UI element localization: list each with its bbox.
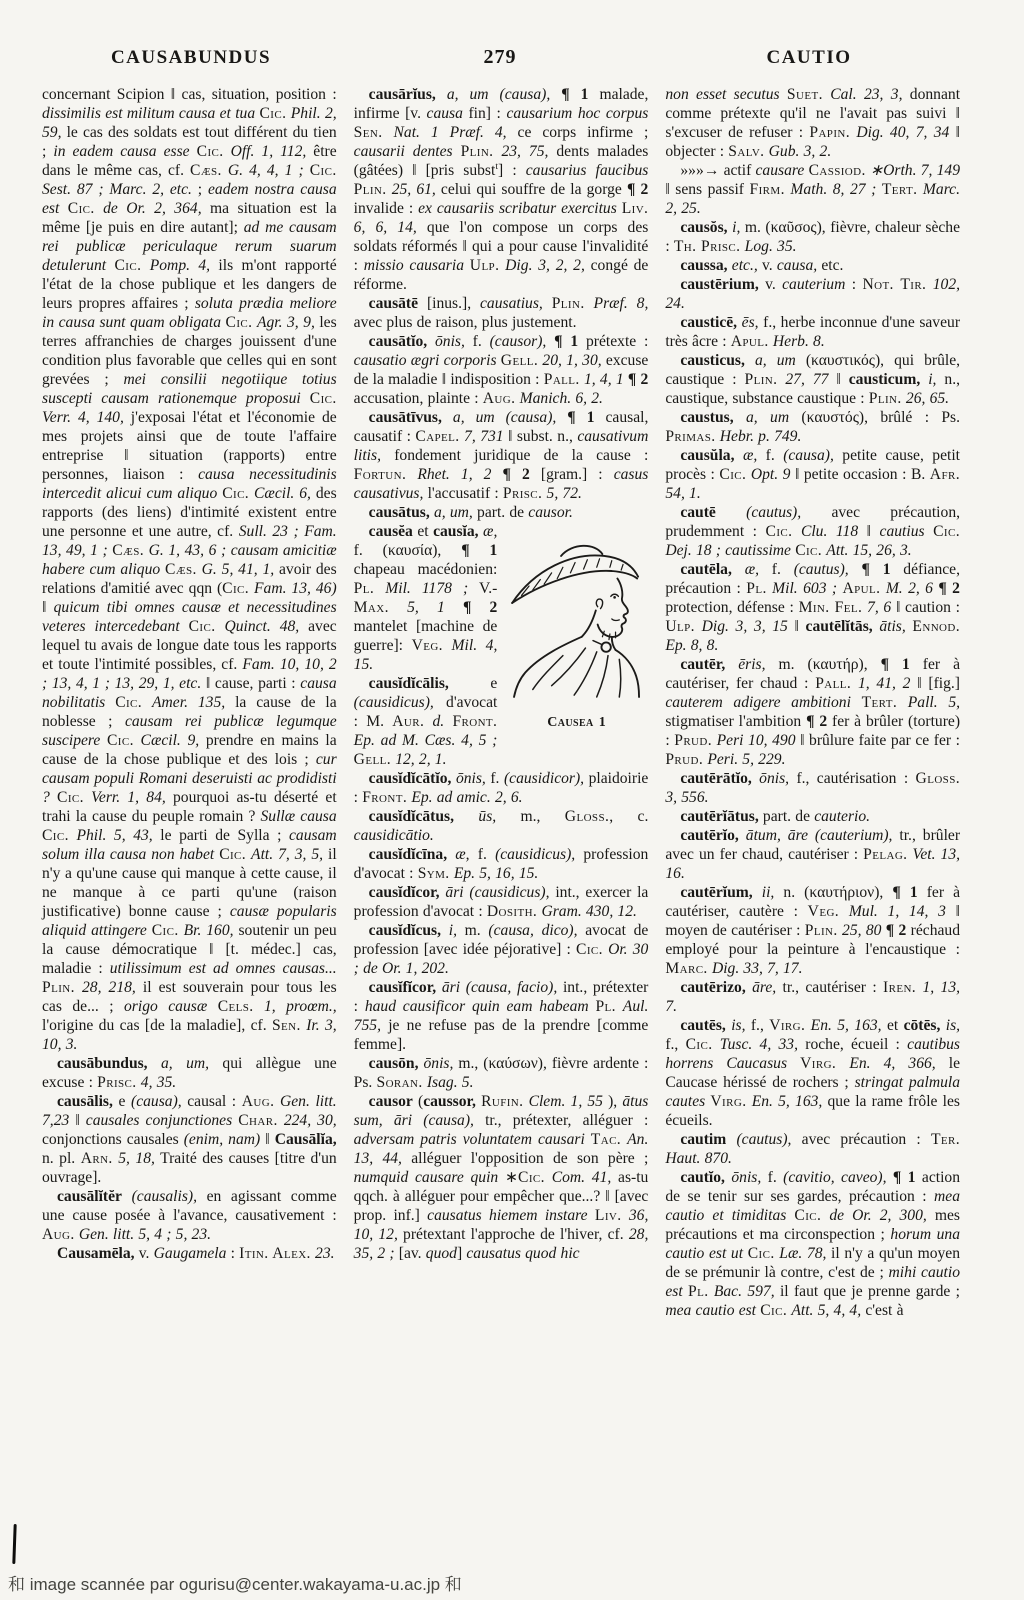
dictionary-paragraph: causticē, ēs, f., herbe inconnue d'une s… [665, 313, 960, 351]
column-left: concernant Scipion ‖ cas, situation, pos… [42, 85, 337, 1320]
dictionary-paragraph: cautērizo, āre, tr., cautériser : Iren. … [665, 978, 960, 1016]
dictionary-paragraph: cautēr, ēris, m. (καυτήρ), ¶ 1 fer à cau… [665, 655, 960, 769]
guide-word-right: CAUTIO [660, 47, 958, 69]
figure-caption-number: 1 [599, 715, 608, 730]
dictionary-paragraph: cautēla, æ, f. (cautus), ¶ 1 défiance, p… [665, 560, 960, 655]
dictionary-paragraph: causŏs, i, m. (καῦσος), fièvre, chaleur … [665, 218, 960, 256]
dictionary-paragraph: cautim (cautus), avec précaution : Ter. … [665, 1130, 960, 1168]
column-middle-top: causārĭus, a, um (causa), ¶ 1 malade, in… [354, 85, 649, 522]
scan-artifact [12, 1524, 16, 1564]
guide-word-left: CAUSABUNDUS [42, 47, 340, 69]
dictionary-paragraph: causābundus, a, um, qui allègue une excu… [42, 1054, 337, 1092]
dictionary-paragraph: caustērium, v. cauterium : Not. Tir. 102… [665, 275, 960, 313]
dictionary-paragraph: cautērĭātus, part. de cauterio. [665, 807, 960, 826]
scan-footer: 和 image scannée par ogurisu@center.wakay… [8, 1570, 462, 1595]
dictionary-paragraph: causĭfĭcor, āri (causa, facio), int., pr… [354, 978, 649, 1054]
dictionary-paragraph: causĭdĭcātus, ūs, m., Gloss., c. causidi… [354, 807, 649, 845]
dictionary-paragraph: causticus, a, um (καυστικός), qui brûle,… [665, 351, 960, 408]
figure-caption-word: Causea [547, 715, 593, 730]
dictionary-paragraph: causĭdĭcus, i, m. (causa, dico), avocat … [354, 921, 649, 978]
page-number: 279 [340, 46, 660, 69]
dictionary-paragraph: causātĭo, ōnis, f. (causor), ¶ 1 prétext… [354, 332, 649, 408]
dictionary-paragraph: causālĭtĕr (causalis), en agissant comme… [42, 1187, 337, 1244]
dictionary-paragraph: cautĭo, ōnis, f. (cavitio, caveo), ¶ 1 a… [665, 1168, 960, 1320]
dictionary-paragraph: non esset secutus Suet. Cal. 23, 3, donn… [665, 85, 960, 161]
dictionary-paragraph: causĭdĭcīna, æ, f. (causidicus), profess… [354, 845, 649, 883]
dictionary-paragraph: causātīvus, a, um (causa), ¶ 1 causal, c… [354, 408, 649, 503]
running-head: CAUSABUNDUS 279 CAUTIO [0, 0, 1024, 81]
dictionary-paragraph: causālis, e (causa), causal : Aug. Gen. … [42, 1092, 337, 1187]
column-right: non esset secutus Suet. Cal. 23, 3, donn… [665, 85, 960, 1320]
dictionary-paragraph: causor (caussor, Rufin. Clem. 1, 55 ), ā… [354, 1092, 649, 1263]
text-columns: concernant Scipion ‖ cas, situation, pos… [0, 81, 1024, 1320]
dictionary-paragraph: concernant Scipion ‖ cas, situation, pos… [42, 85, 337, 1054]
dictionary-paragraph: cautēs, is, f., Virg. En. 5, 163, et cōt… [665, 1016, 960, 1130]
dictionary-paragraph: causĭdĭcātĭo, ōnis, f. (causidicor), pla… [354, 769, 649, 807]
dictionary-paragraph: »»»→ actif causare Cassiod. ∗Orth. 7, 14… [665, 161, 960, 218]
dictionary-paragraph: causārĭus, a, um (causa), ¶ 1 malade, in… [354, 85, 649, 294]
dictionary-page: CAUSABUNDUS 279 CAUTIO concernant Scipio… [0, 0, 1024, 1600]
dictionary-paragraph: cautērĭo, ātum, āre (cauterium), tr., br… [665, 826, 960, 883]
dictionary-paragraph: cautē (cautus), avec précaution, prudemm… [665, 503, 960, 560]
dictionary-paragraph: causōn, ōnis, m., (καύσων), fièvre arden… [354, 1054, 649, 1092]
dictionary-paragraph: causātē [inus.], causatius, Plin. Præf. … [354, 294, 649, 332]
dictionary-paragraph: causĭdĭcor, āri (causidicus), int., exer… [354, 883, 649, 921]
column-middle: causārĭus, a, um (causa), ¶ 1 malade, in… [354, 85, 649, 1320]
dictionary-paragraph: Causamēla, v. Gaugamela : Itin. Alex. 23… [42, 1244, 337, 1263]
dictionary-paragraph: cautērātĭo, ōnis, f., cautérisation : Gl… [665, 769, 960, 807]
causea-hat-drawing [506, 524, 648, 712]
dictionary-paragraph: cautērĭum, ii, n. (καυτήριον), ¶ 1 fer à… [665, 883, 960, 978]
dictionary-paragraph: causŭla, æ, f. (causa), petite cause, pe… [665, 446, 960, 503]
dictionary-paragraph: caussa, etc., v. causa, etc. [665, 256, 960, 275]
figure-caption: Causea 1 [506, 715, 648, 731]
dictionary-paragraph: caustus, a, um (καυστός), brûlé : Ps. Pr… [665, 408, 960, 446]
causea-illustration: Causea 1 [506, 524, 648, 731]
dictionary-paragraph: causātus, a, um, part. de causor. [354, 503, 649, 522]
